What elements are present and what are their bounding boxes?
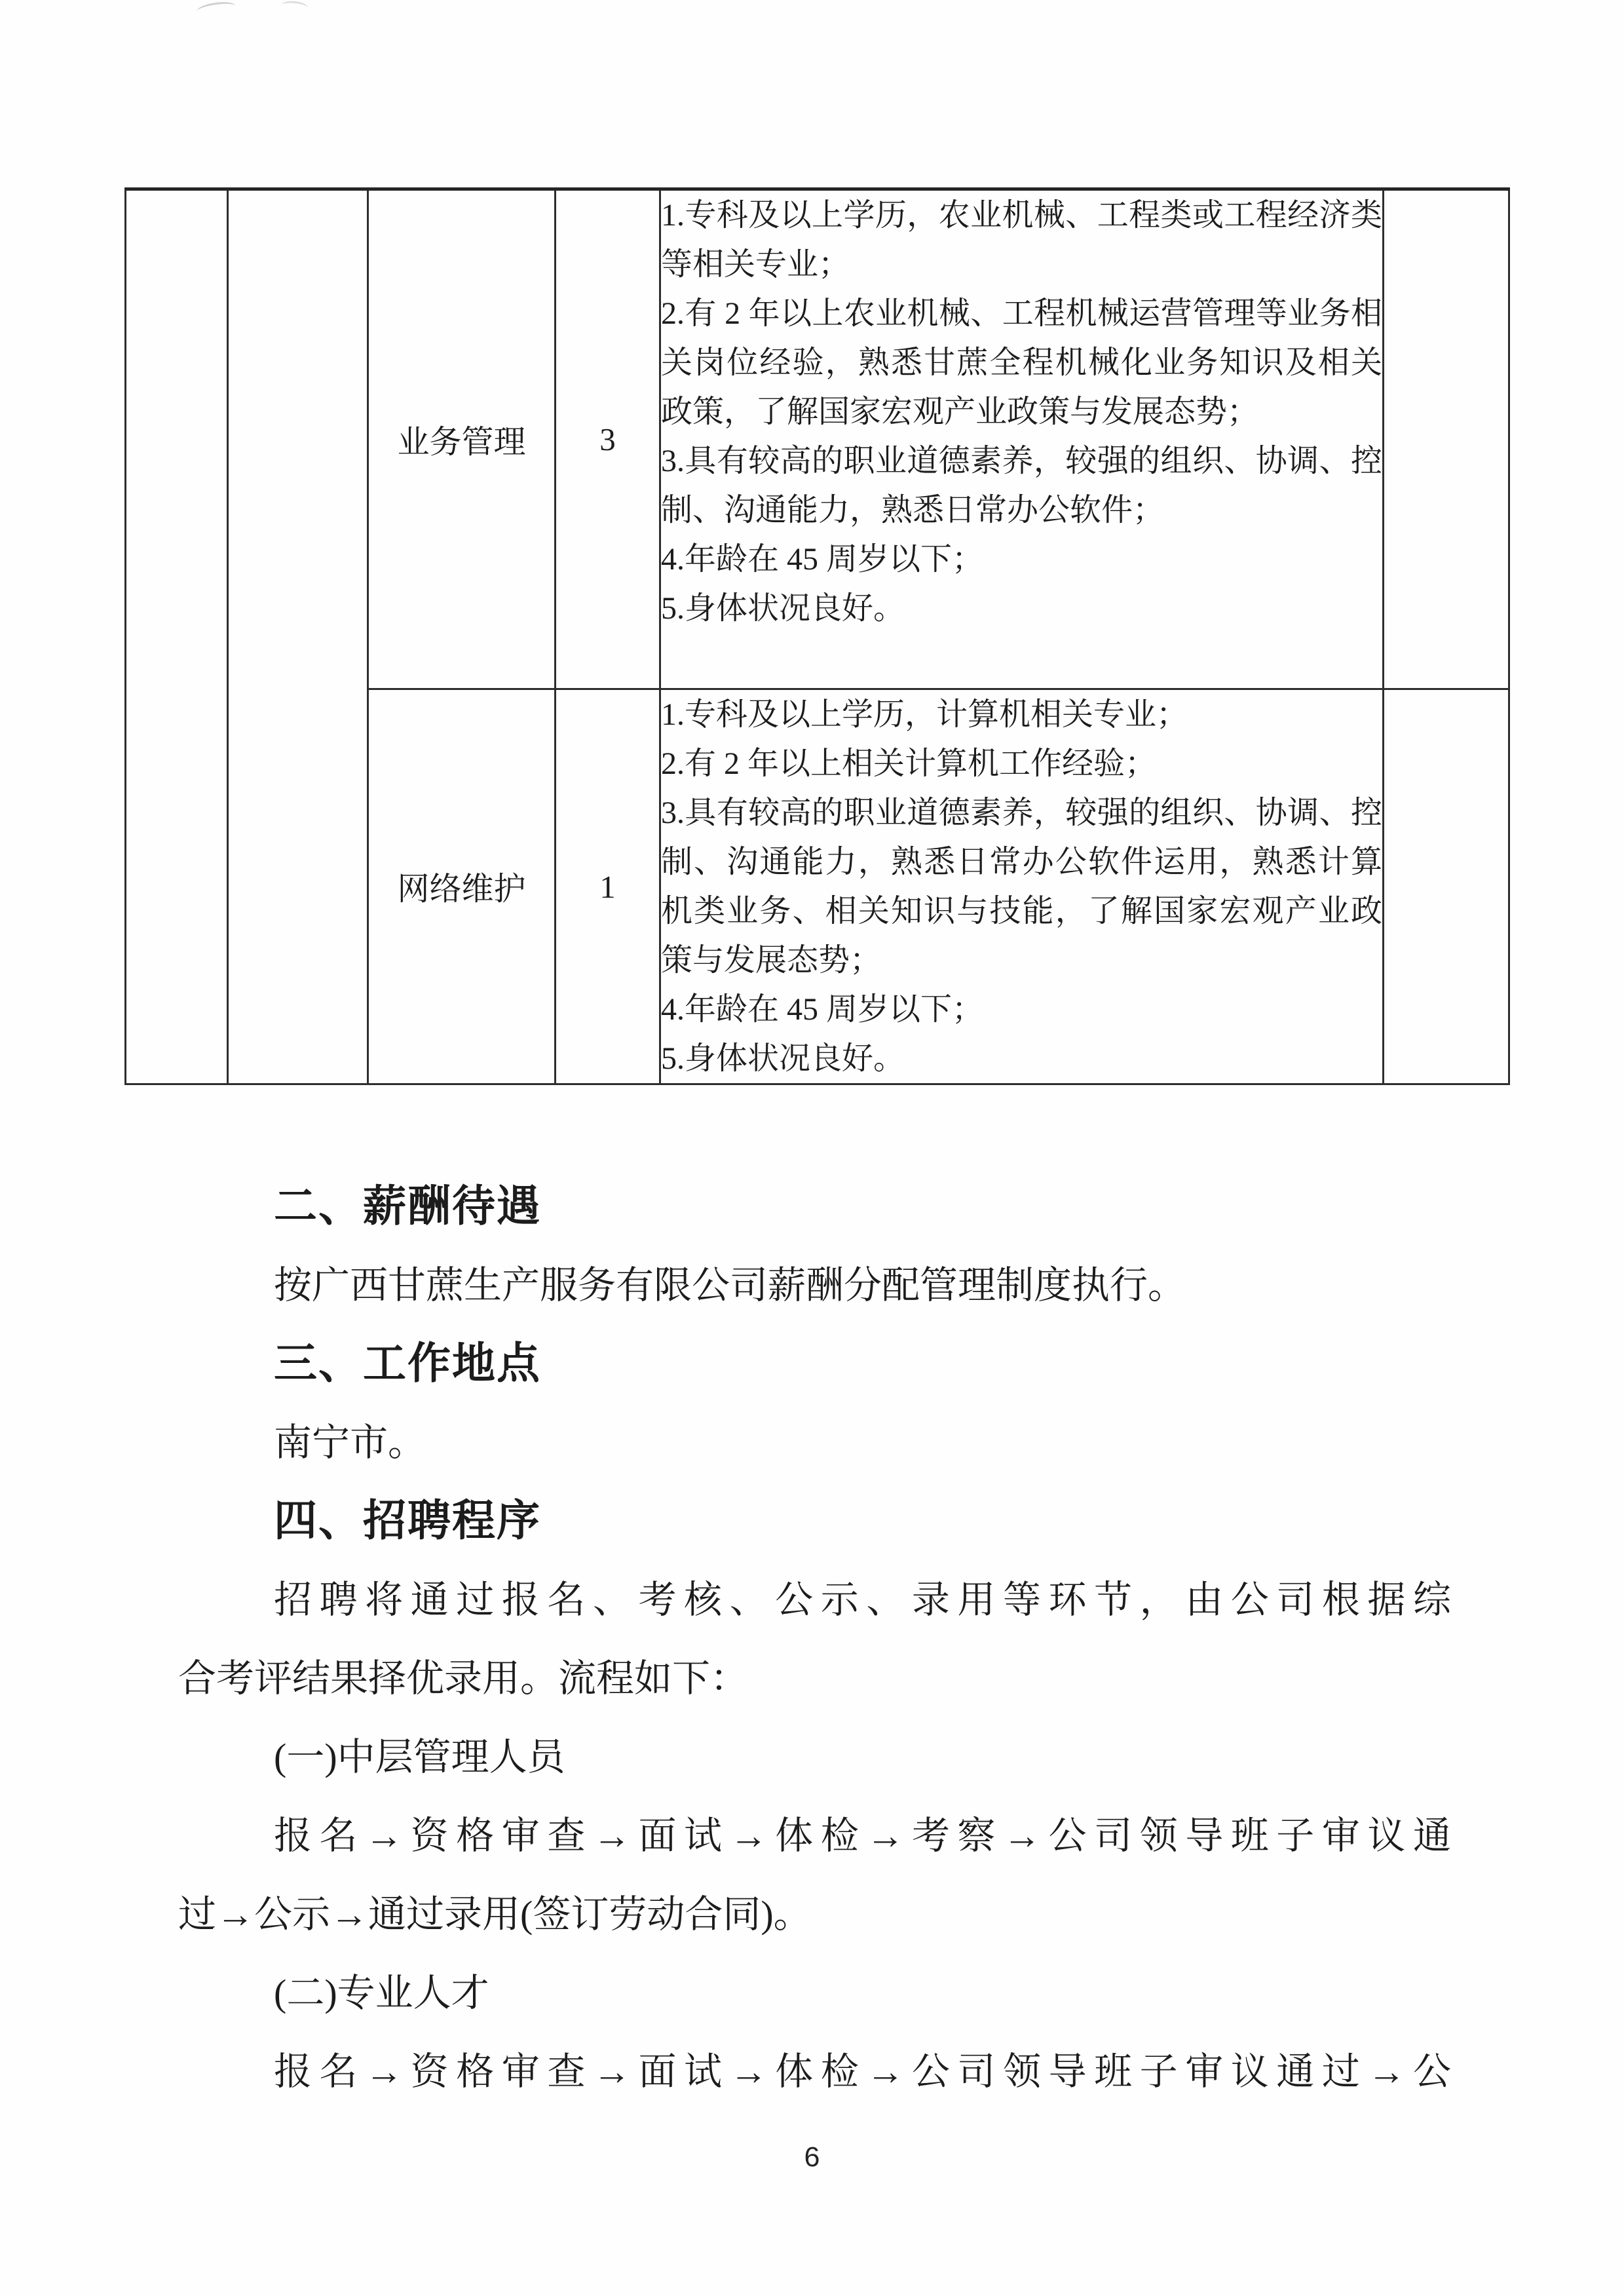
- requirements-cell: 1.专科及以上学历，计算机相关专业；2.有 2 年以上相关计算机工作经验；3.具…: [660, 689, 1384, 1084]
- headcount-cell: 1: [556, 689, 660, 1084]
- table-cell-empty-left-1: [126, 189, 228, 1084]
- table-cell-empty-right: [1384, 189, 1509, 689]
- scan-smudge: [281, 0, 308, 12]
- requirement-item: 2.有 2 年以上相关计算机工作经验；: [661, 739, 1382, 788]
- middle-management-label: (一)中层管理人员: [178, 1718, 1451, 1797]
- table-cell-empty-left-2: [228, 189, 368, 1084]
- document-body: 二、薪酬待遇 按广西甘蔗生产服务有限公司薪酬分配管理制度执行。 三、工作地点 南…: [178, 1168, 1451, 2111]
- flow-step-line: 报名→资格审查→面试→体检→公司领导班子审议通过→公: [178, 2033, 1451, 2111]
- section-heading-location: 三、工作地点: [178, 1325, 1451, 1404]
- middle-management-flow: 报名→资格审查→面试→体检→考察→公司领导班子审议通过→公示→通过录用(签订劳动…: [178, 1797, 1451, 1954]
- page-number: 6: [0, 2141, 1624, 2173]
- section-heading-salary: 二、薪酬待遇: [178, 1168, 1451, 1246]
- requirement-item: 3.具有较高的职业道德素养，较强的组织、协调、控制、沟通能力，熟悉日常办公软件；: [661, 436, 1382, 535]
- location-body-text: 南宁市。: [178, 1404, 1451, 1482]
- professional-flow: 报名→资格审查→面试→体检→公司领导班子审议通过→公: [178, 2033, 1451, 2111]
- requirement-item: 5.身体状况良好。: [661, 584, 1382, 633]
- table-cell-empty-right: [1384, 689, 1509, 1084]
- flow-step-line: 过→公示→通过录用(签订劳动合同)。: [178, 1875, 1451, 1954]
- headcount-value: 1: [599, 869, 616, 905]
- requirement-item: 5.身体状况良好。: [661, 1034, 1382, 1083]
- recruitment-positions-table: 业务管理 3 1.专科及以上学历，农业机械、工程类或工程经济类等相关专业；2.有…: [124, 187, 1510, 1085]
- position-name: 业务管理: [397, 424, 525, 460]
- section-heading-procedure: 四、招聘程序: [178, 1482, 1451, 1561]
- requirement-item: 1.专科及以上学历，计算机相关专业；: [661, 690, 1382, 739]
- position-name: 网络维护: [397, 871, 525, 907]
- position-name-cell: 网络维护: [368, 689, 556, 1084]
- headcount-value: 3: [599, 421, 616, 457]
- requirement-item: 4.年龄在 45 周岁以下；: [661, 535, 1382, 584]
- table-row-business-management: 业务管理 3 1.专科及以上学历，农业机械、工程类或工程经济类等相关专业；2.有…: [126, 189, 1509, 689]
- procedure-intro-line: 合考评结果择优录用。流程如下：: [178, 1639, 1451, 1718]
- document-page: 业务管理 3 1.专科及以上学历，农业机械、工程类或工程经济类等相关专业；2.有…: [0, 0, 1624, 2296]
- requirements-cell: 1.专科及以上学历，农业机械、工程类或工程经济类等相关专业；2.有 2 年以上农…: [660, 189, 1384, 689]
- procedure-intro-paragraph: 招聘将通过报名、考核、公示、录用等环节，由公司根据综合考评结果择优录用。流程如下…: [178, 1561, 1451, 1718]
- flow-step-line: 报名→资格审查→面试→体检→考察→公司领导班子审议通: [178, 1797, 1451, 1875]
- requirement-item: 2.有 2 年以上农业机械、工程机械运营管理等业务相关岗位经验，熟悉甘蔗全程机械…: [661, 289, 1382, 436]
- requirement-item: 1.专科及以上学历，农业机械、工程类或工程经济类等相关专业；: [661, 191, 1382, 289]
- headcount-cell: 3: [556, 189, 660, 689]
- procedure-intro-line: 招聘将通过报名、考核、公示、录用等环节，由公司根据综: [178, 1561, 1451, 1639]
- position-name-cell: 业务管理: [368, 189, 556, 689]
- salary-body-text: 按广西甘蔗生产服务有限公司薪酬分配管理制度执行。: [178, 1246, 1451, 1325]
- requirement-item: 4.年龄在 45 周岁以下；: [661, 985, 1382, 1034]
- scan-smudge: [196, 0, 236, 18]
- requirement-item: 3.具有较高的职业道德素养，较强的组织、协调、控制、沟通能力，熟悉日常办公软件运…: [661, 788, 1382, 985]
- professional-label: (二)专业人才: [178, 1954, 1451, 2033]
